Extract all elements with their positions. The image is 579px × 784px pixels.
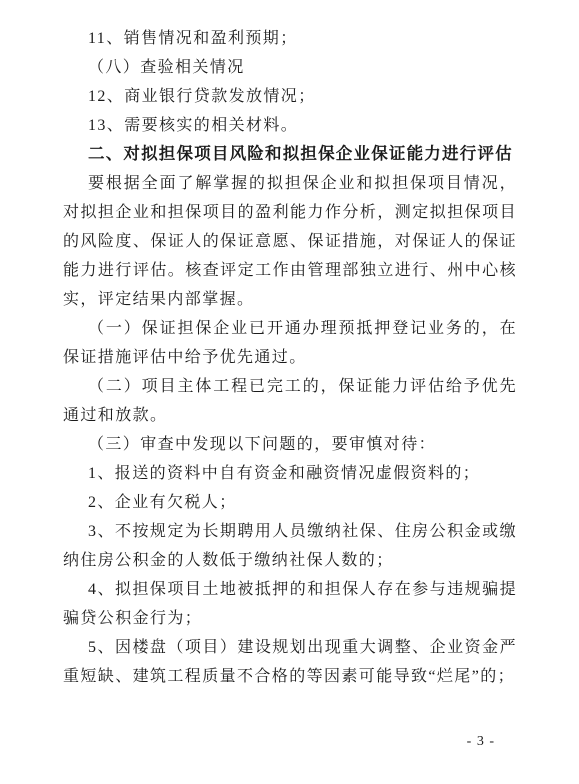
list-item-1: 1、报送的资料中自有资金和融资情况虚假资料的； [63, 459, 517, 488]
list-item-2: 2、企业有欠税人； [63, 488, 517, 517]
list-item-11: 11、销售情况和盈利预期； [63, 24, 517, 53]
sub-section-label-8: （八）查验相关情况 [63, 53, 517, 82]
document-page: 11、销售情况和盈利预期； （八）查验相关情况 12、商业银行贷款发放情况； 1… [0, 0, 579, 784]
list-item-4: 4、拟担保项目土地被抵押的和担保人存在参与违规骗提骗贷公积金行为； [63, 575, 517, 633]
list-item-12: 12、商业银行贷款发放情况； [63, 82, 517, 111]
list-item-3: 3、不按规定为长期聘用人员缴纳社保、住房公积金或缴纳住房公积金的人数低于缴纳社保… [63, 517, 517, 575]
section-heading: 二、对拟担保项目风险和拟担保企业保证能力进行评估 [63, 140, 517, 169]
list-item-5: 5、因楼盘（项目）建设规划出现重大调整、企业资金严重短缺、建筑工程质量不合格的等… [63, 633, 517, 691]
page-number: - 3 - [467, 734, 495, 750]
body-paragraph-item-2: （二）项目主体工程已完工的，保证能力评估给予优先通过和放款。 [63, 372, 517, 430]
body-paragraph: 要根据全面了解掌握的拟担保企业和拟担保项目情况，对拟担企业和担保项目的盈利能力作… [63, 169, 517, 314]
body-paragraph-item-1: （一）保证担保企业已开通办理预抵押登记业务的，在保证措施评估中给予优先通过。 [63, 314, 517, 372]
body-paragraph-item-3: （三）审查中发现以下问题的，要审慎对待： [63, 430, 517, 459]
list-item-13: 13、需要核实的相关材料。 [63, 111, 517, 140]
